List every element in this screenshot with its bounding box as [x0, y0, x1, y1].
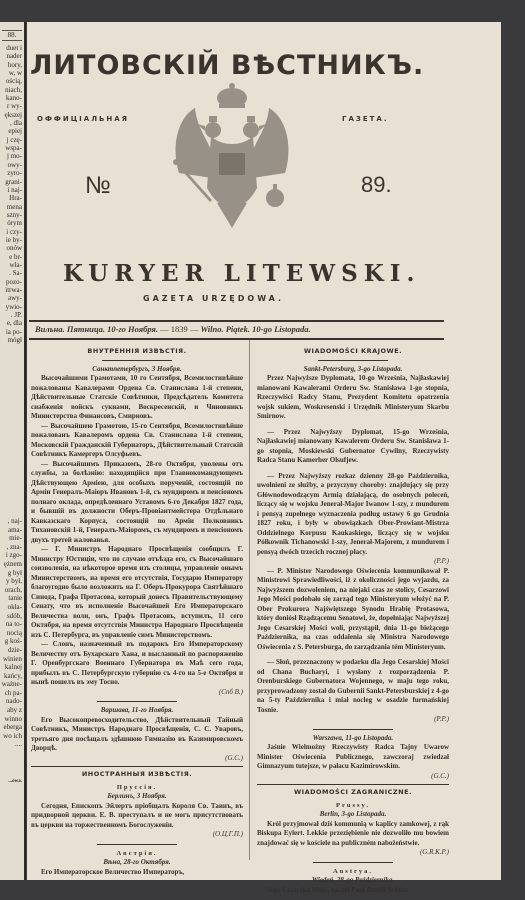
- article-paragraph: — P. Minister Narodowego Oświecenia komm…: [257, 567, 449, 653]
- heading-rule: [102, 360, 172, 361]
- previous-page-line: e, dla: [5, 319, 23, 327]
- article-paragraph: Его Императорское Величество Императоръ,: [31, 868, 243, 878]
- previous-page-line: hory,: [5, 61, 23, 69]
- previous-page-line: ością,: [5, 77, 23, 85]
- previous-page-line: , zna-: [2, 543, 22, 552]
- source-citation: (G.R.K.P.): [257, 848, 449, 858]
- heading-rule: [318, 360, 388, 361]
- separator-rule: [313, 862, 393, 863]
- previous-page-line: na to-: [2, 620, 22, 629]
- separator-rule: [97, 844, 177, 845]
- previous-page-line: j mo-: [5, 152, 23, 160]
- newspaper-page: ЛИТОВСКІЙ ВѢСТНИКЪ. ОФФИЦІАЛЬНАЯ ГАЗЕТА.…: [27, 22, 501, 880]
- previous-page-number: 88.: [2, 30, 22, 41]
- previous-page-line: g był: [2, 569, 22, 578]
- previous-page-line: itrwa-: [5, 286, 23, 294]
- previous-page-line: orach,: [2, 586, 22, 595]
- masthead-title-russian: ЛИТОВСКІЙ ВѢСТНИКЪ.: [30, 50, 470, 81]
- dateline-bottom-rule: [29, 338, 444, 340]
- source-citation: (P.P.): [257, 557, 449, 567]
- previous-page-line: mena: [5, 203, 23, 211]
- column-divider: [249, 340, 250, 860]
- previous-page-line: . Sa-: [5, 269, 23, 277]
- previous-page-footer: ...owa.: [8, 779, 22, 784]
- article-paragraph: — Słoń, przeznaczony w podarku dla Jego …: [257, 658, 449, 715]
- place-date: Sankt-Petersburg, 3-go Listopada.: [257, 365, 449, 375]
- previous-page-line: ie by-: [5, 236, 23, 244]
- previous-page-line: onów: [5, 244, 23, 252]
- masthead-label-gazette: ГАЗЕТА.: [342, 115, 388, 123]
- previous-page-line: ia po-: [5, 328, 23, 336]
- previous-page-line: i naj-: [5, 186, 23, 194]
- section-rule: [257, 784, 449, 785]
- source-citation: (P.P.): [257, 715, 449, 725]
- article-paragraph: — Przez Najwyższy Dyplomat, 15-go Wrześn…: [257, 428, 449, 466]
- previous-page-line: awy-: [5, 294, 23, 302]
- place-date: Берлинъ, 3 Ноября.: [31, 792, 243, 802]
- previous-page-text-bottom: , naj-ama-mie-, zna-i zgo-ężnemg były by…: [2, 517, 22, 749]
- separator-rule: [97, 701, 177, 702]
- article-paragraph: — Высочайшимъ Приказомъ, 28-го Октября, …: [31, 460, 243, 546]
- masthead-label-official: ОФФИЦІАЛЬНАЯ: [37, 115, 129, 123]
- section-heading-domestic-ru: ВНУТРЕННІЯ ИЗВѢСТІЯ.: [31, 347, 243, 357]
- section-rule: [31, 766, 243, 767]
- previous-page-line: Hra-: [5, 194, 23, 202]
- article-paragraph: Jaśnie Wielmożny Rzeczywisty Radca Tajny…: [257, 743, 449, 772]
- place-date: Warszawa, 11-go Listopada.: [257, 734, 449, 744]
- column-russian: ВНУТРЕННІЯ ИЗВѢСТІЯ. Санктпетербургъ, 3 …: [31, 347, 243, 877]
- place-date: Варшава, 11-го Ноября.: [31, 706, 243, 716]
- article-paragraph: Jego Cesarska Mość, raczył Pani Amelii S…: [257, 886, 449, 896]
- article-paragraph: Król przyjmował dziś kommunią w kaplicy …: [257, 820, 449, 849]
- previous-page-line: e br-: [5, 253, 23, 261]
- previous-page-line: y był,: [2, 577, 22, 586]
- previous-page-line: wła-: [5, 261, 23, 269]
- country-name: Австрія.: [31, 849, 243, 859]
- previous-page-line: niach,: [5, 86, 23, 94]
- previous-page-line: ększej: [5, 111, 23, 119]
- previous-page-line: winien: [2, 655, 22, 664]
- previous-page-line: g koś-: [2, 637, 22, 646]
- article-paragraph: — Przez Najwyższy rozkaz dzienny 28-go P…: [257, 472, 449, 558]
- previous-page-line: ywio-: [5, 303, 23, 311]
- previous-page-line: j czę-: [5, 136, 23, 144]
- previous-page-line: , naj-: [2, 517, 22, 526]
- dateline-top-rule: [29, 320, 444, 322]
- previous-page-line: órym: [5, 219, 23, 227]
- double-headed-eagle-icon: [167, 78, 297, 238]
- previous-page-line: dzie-: [2, 646, 22, 655]
- previous-page-line: w, w: [5, 69, 23, 77]
- previous-page-edge: 88. duet inaderhory,w, wością,niach,kano…: [0, 22, 26, 880]
- place-date: Wiedeń, 28-go Października.: [257, 876, 449, 886]
- source-citation: (G.C.): [257, 772, 449, 782]
- dateline: Вильна. Пятница. 10-го Ноября. — 1839 — …: [35, 324, 445, 334]
- masthead-subtitle-polish: GAZETA URZĘDOWA.: [143, 294, 284, 303]
- previous-page-line: nocią: [2, 629, 22, 638]
- article-paragraph: Высочайшими Грамотами, 10 го Сентября, В…: [31, 374, 243, 422]
- previous-page-line: epiej: [5, 127, 23, 135]
- previous-page-line: i czy-: [5, 228, 23, 236]
- masthead-title-polish: KURYER LITEWSKI.: [63, 260, 443, 287]
- country-name: Prussy.: [257, 801, 449, 811]
- previous-page-line: kalnej: [2, 663, 22, 672]
- dateline-russian: Вильна. Пятница. 10-го Ноября.: [35, 324, 158, 334]
- previous-page-line: szny-: [5, 211, 23, 219]
- previous-page-line: pozo-: [5, 278, 23, 286]
- previous-page-line: kańcy,: [2, 672, 22, 681]
- article-paragraph: — Г. Министръ Народнаго Просвѣщенія сооб…: [31, 545, 243, 640]
- source-citation: (О.Ц.Г.П.): [31, 830, 243, 840]
- source-citation: (G.C.): [31, 754, 243, 764]
- previous-page-line: ważne-: [2, 680, 22, 689]
- previous-page-line: aby z: [2, 706, 22, 715]
- previous-page-line: nader: [5, 52, 23, 60]
- place-date: Санктпетербургъ, 3 Ноября.: [31, 365, 243, 375]
- country-name: Austrya.: [257, 867, 449, 877]
- previous-page-line: eberga: [2, 723, 22, 732]
- country-name: Пруссія.: [31, 783, 243, 793]
- previous-page-line: mie-: [2, 534, 22, 543]
- previous-page-line: owy-: [5, 161, 23, 169]
- previous-page-line: . JP.: [5, 311, 23, 319]
- previous-page-line: wo ich: [2, 732, 22, 741]
- issue-number: 89.: [361, 172, 392, 198]
- previous-page-line: , dla: [5, 119, 23, 127]
- previous-page-line: mógł: [5, 336, 23, 344]
- article-paragraph: Przez Najwyższe Dyplomata, 10-go Wrześni…: [257, 374, 449, 422]
- previous-page-line: ....: [2, 740, 22, 749]
- previous-page-text-top: duet inaderhory,w, wością,niach,kano-r w…: [5, 44, 23, 344]
- article-paragraph: — Слонъ, назначенный въ подарокъ Его Имп…: [31, 640, 243, 688]
- issue-number-label: №: [85, 172, 111, 200]
- previous-page-line: wspa-: [5, 144, 23, 152]
- section-heading-domestic-pl: WIADOMOŚCI KRAJOWE.: [257, 347, 449, 357]
- separator-rule: [313, 729, 393, 730]
- previous-page-line: i zgo-: [2, 551, 22, 560]
- previous-page-line: kano-: [5, 94, 23, 102]
- previous-page-line: sdób,: [2, 612, 22, 621]
- previous-page-line: tanie: [2, 594, 22, 603]
- dateline-year: — 1839 —: [160, 324, 198, 334]
- article-paragraph: Его Высокопревосходительство, Дѣйствител…: [31, 716, 243, 754]
- section-heading-foreign-ru: ИНОСТРАННЫЯ ИЗВѢСТІЯ.: [31, 770, 243, 780]
- dateline-polish: Wilno. Piątek. 10-go Listopada.: [201, 324, 311, 334]
- previous-page-line: okła-: [2, 603, 22, 612]
- article-paragraph: Сегодня, Епископъ Эйлертъ пріобщалъ Коро…: [31, 802, 243, 831]
- place-date: Berlin, 3-go Listopada.: [257, 810, 449, 820]
- previous-page-line: duet i: [5, 44, 23, 52]
- source-citation: (Спб В.): [31, 688, 243, 698]
- previous-page-line: nado-: [2, 697, 22, 706]
- previous-page-line: zyro-: [5, 169, 23, 177]
- previous-page-line: ama-: [2, 526, 22, 535]
- previous-page-line: ch pa-: [2, 689, 22, 698]
- previous-page-line: ężnem: [2, 560, 22, 569]
- article-paragraph: — Высочайшею Грамотою, 15-го Сентября, В…: [31, 422, 243, 460]
- previous-page-line: winno: [2, 715, 22, 724]
- column-polish: WIADOMOŚCI KRAJOWE. Sankt-Petersburg, 3-…: [257, 347, 449, 895]
- place-date: Вѣна, 28-го Октября.: [31, 858, 243, 868]
- previous-page-line: grani-: [5, 178, 23, 186]
- section-heading-foreign-pl: WIADOMOŚCI ZAGRANICZNE.: [257, 788, 449, 798]
- previous-page-line: r wy-: [5, 102, 23, 110]
